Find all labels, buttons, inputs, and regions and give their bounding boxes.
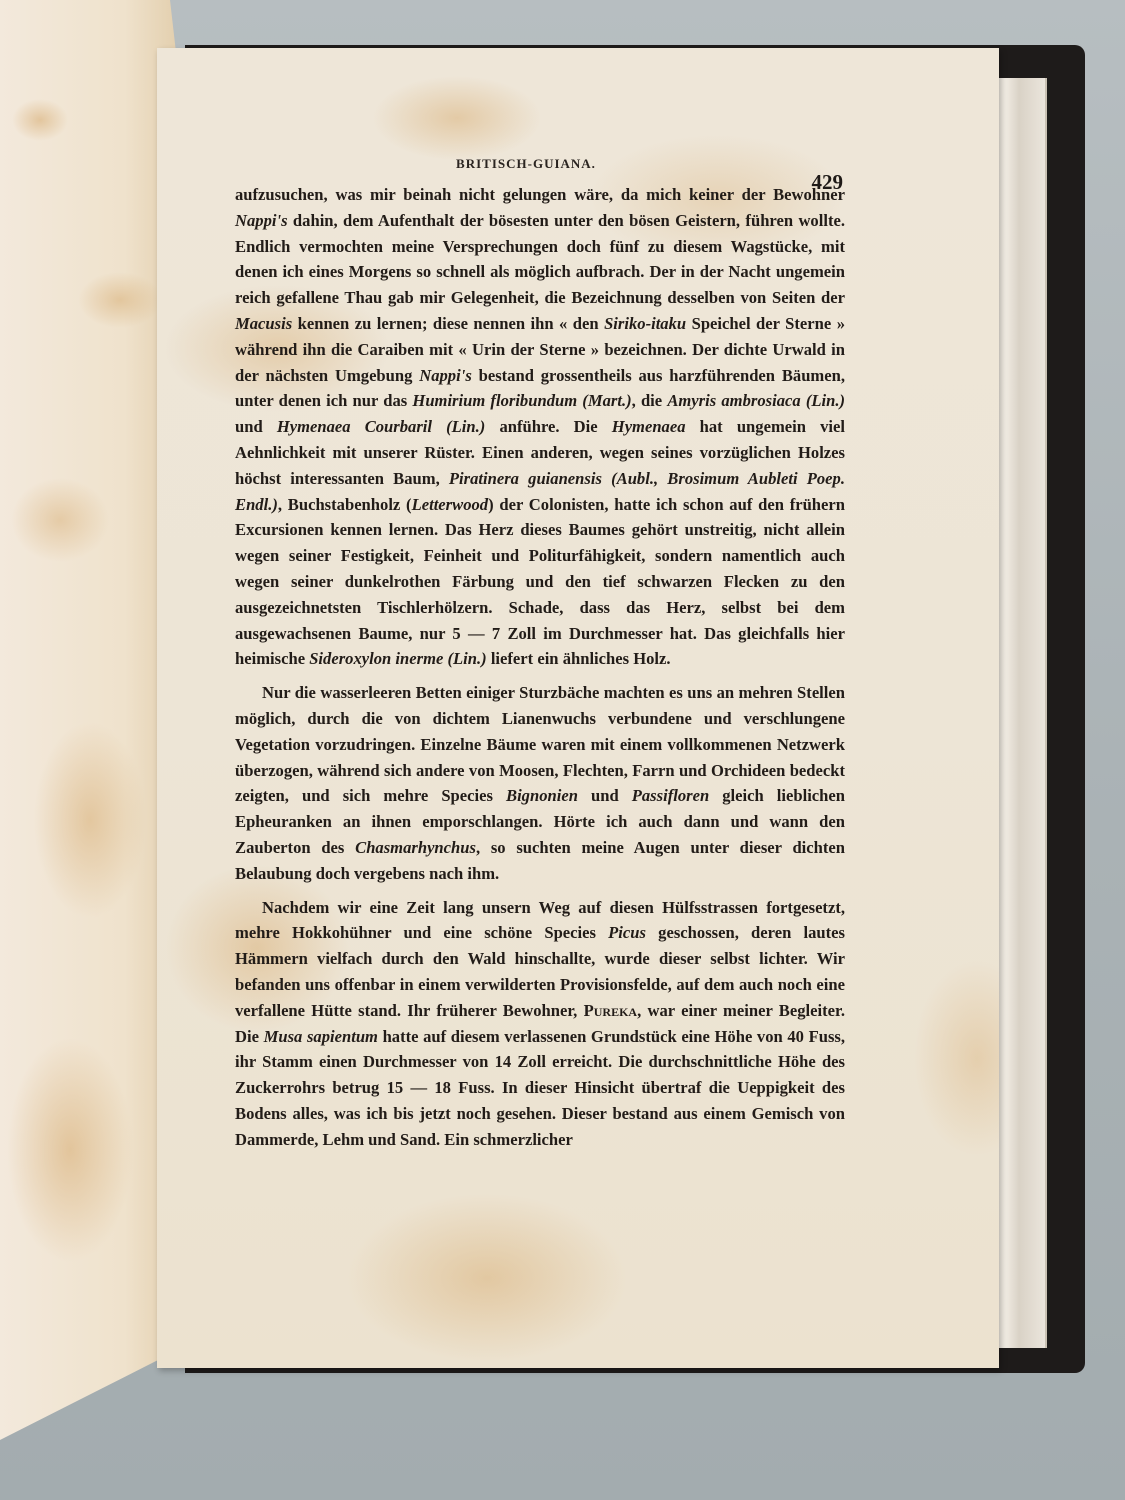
italic-term: Humirium floribundum (Mart.): [412, 391, 631, 410]
italic-term: Bignonien: [506, 786, 578, 805]
italic-term: Nappi's: [419, 366, 472, 385]
italic-term: Amyris ambrosiaca (Lin.): [667, 391, 845, 410]
italic-term: Nappi's: [235, 211, 288, 230]
left-page-curl: [0, 0, 178, 1440]
italic-term: Sideroxylon inerme (Lin.): [309, 649, 486, 668]
text-run: ) der Colonisten, hatte ich schon auf de…: [235, 495, 845, 669]
italic-term: Hymenaea Courbaril (Lin.): [277, 417, 486, 436]
text-run: und: [578, 786, 632, 805]
italic-term: Macusis: [235, 314, 292, 333]
text-run: anführe. Die: [485, 417, 611, 436]
italic-term: Chasmarhynchus: [355, 838, 476, 857]
running-head-text: BRITISCH-GUIANA.: [456, 156, 596, 171]
text-run: und: [235, 417, 277, 436]
right-page: BRITISCH-GUIANA. 429 aufzusuchen, was mi…: [157, 48, 999, 1368]
text-run: aufzusuchen, was mir beinah nicht gelung…: [235, 185, 845, 204]
italic-term: Hymenaea: [612, 417, 686, 436]
italic-term: Siriko-itaku: [604, 314, 686, 333]
paragraph: aufzusuchen, was mir beinah nicht gelung…: [235, 182, 845, 672]
text-run: kennen zu lernen; diese nennen ihn « den: [292, 314, 604, 333]
italic-term: Picus: [608, 923, 646, 942]
paragraph: Nachdem wir eine Zeit lang unsern Weg au…: [235, 895, 845, 1153]
text-run: , Buchstabenholz (: [278, 495, 412, 514]
italic-term: Passifloren: [632, 786, 709, 805]
italic-term: Musa sapientum: [264, 1027, 378, 1046]
paragraph: Nur die wasserleeren Betten einiger Stur…: [235, 680, 845, 886]
running-head: BRITISCH-GUIANA.: [157, 156, 999, 172]
body-text: aufzusuchen, was mir beinah nicht gelung…: [235, 182, 845, 1152]
small-caps-name: Pureka: [584, 1001, 637, 1020]
text-run: liefert ein ähnliches Holz.: [487, 649, 671, 668]
text-run: , die: [632, 391, 668, 410]
text-run: dahin, dem Aufenthalt der bösesten unter…: [235, 211, 845, 307]
italic-term: Letterwood: [412, 495, 489, 514]
